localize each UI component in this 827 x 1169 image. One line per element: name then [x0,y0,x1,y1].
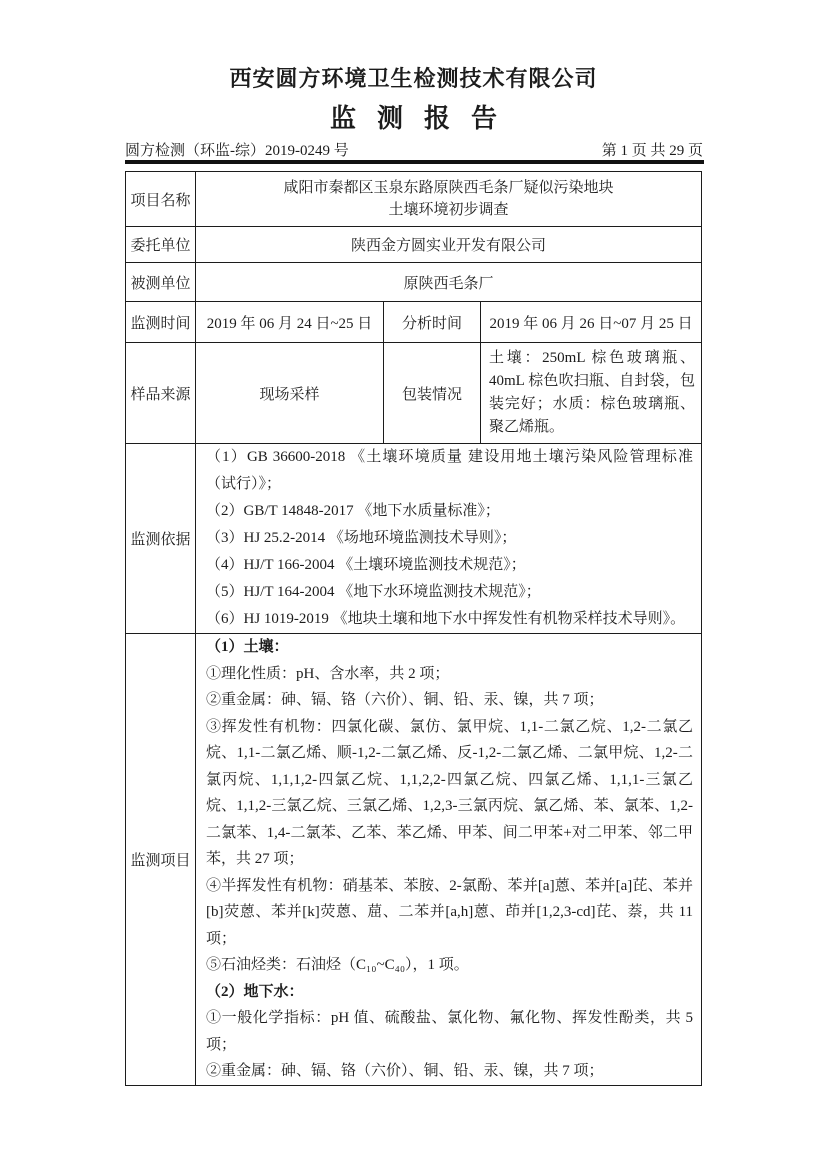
packaging-label: 包装情况 [384,343,481,444]
table-row: 监测依据 （1）GB 36600-2018 《土壤环境质量 建设用地土壤污染风险… [126,444,702,634]
report-page: 西安圆方环境卫生检测技术有限公司 监 测 报 告 圆方检测（环监-综）2019-… [0,0,827,1169]
text-line: ①理化性质：pH、含水率，共 2 项； [206,661,693,688]
monitor-time-label: 监测时间 [126,302,196,343]
client-value: 陕西金方圆实业开发有限公司 [196,227,702,263]
tested-unit-label: 被测单位 [126,263,196,302]
project-name-line2: 土壤环境初步调查 [196,199,701,221]
text-line: （2）GB/T 14848-2017 《地下水质量标准》； [206,498,693,525]
text-line: （1）土壤： [206,634,693,661]
basis-label: 监测依据 [126,444,196,634]
sample-source-label: 样品来源 [126,343,196,444]
project-name-label: 项目名称 [126,172,196,227]
report-title: 监 测 报 告 [0,98,827,135]
items-content: （1）土壤：①理化性质：pH、含水率，共 2 项；②重金属：砷、镉、铬（六价）、… [196,634,702,1086]
project-name-value: 咸阳市秦都区玉泉东路原陕西毛条厂疑似污染地块 土壤环境初步调查 [196,172,702,227]
text-line: （5）HJ/T 164-2004 《地下水环境监测技术规范》； [206,579,693,606]
text-line: ②重金属：砷、镉、铬（六价）、铜、铅、汞、镍，共 7 项； [206,687,693,714]
items-label: 监测项目 [126,634,196,1086]
text-line: ③挥发性有机物：四氯化碳、氯仿、氯甲烷、1,1-二氯乙烷、1,2-二氯乙烷、1,… [206,714,693,873]
table-row: 被测单位 原陕西毛条厂 [126,263,702,302]
analysis-time-label: 分析时间 [384,302,481,343]
header-meta-row: 圆方检测（环监-综）2019-0249 号 第 1 页 共 29 页 [125,139,703,160]
sample-source-value: 现场采样 [196,343,384,444]
table-row: 委托单位 陕西金方圆实业开发有限公司 [126,227,702,263]
page-indicator: 第 1 页 共 29 页 [602,139,703,160]
basis-content: （1）GB 36600-2018 《土壤环境质量 建设用地土壤污染风险管理标准（… [196,444,702,634]
doc-number: 圆方检测（环监-综）2019-0249 号 [125,139,349,160]
packaging-value: 土壤：250mL 棕色玻璃瓶、40mL 棕色吹扫瓶、自封袋，包装完好；水质：棕色… [481,343,702,444]
basis-list: （1）GB 36600-2018 《土壤环境质量 建设用地土壤污染风险管理标准（… [196,444,701,633]
analysis-time-value: 2019 年 06 月 26 日~07 月 25 日 [481,302,702,343]
table-row: 样品来源 现场采样 包装情况 土壤：250mL 棕色玻璃瓶、40mL 棕色吹扫瓶… [126,343,702,444]
monitor-time-value: 2019 年 06 月 24 日~25 日 [196,302,384,343]
tested-unit-value: 原陕西毛条厂 [196,263,702,302]
text-line: （6）HJ 1019-2019 《地块土壤和地下水中挥发性有机物采样技术导则》。 [206,606,693,633]
text-line: （1）GB 36600-2018 《土壤环境质量 建设用地土壤污染风险管理标准（… [206,444,693,498]
table-row: 项目名称 咸阳市秦都区玉泉东路原陕西毛条厂疑似污染地块 土壤环境初步调查 [126,172,702,227]
table-row: 监测时间 2019 年 06 月 24 日~25 日 分析时间 2019 年 0… [126,302,702,343]
text-line: ⑤石油烃类：石油烃（C₁₀~C₄₀），1 项。 [206,952,693,979]
text-line: （2）地下水： [206,979,693,1006]
company-name: 西安圆方环境卫生检测技术有限公司 [0,62,827,93]
table-row: 监测项目 （1）土壤：①理化性质：pH、含水率，共 2 项；②重金属：砷、镉、铬… [126,634,702,1086]
packaging-text: 土壤：250mL 棕色玻璃瓶、40mL 棕色吹扫瓶、自封袋，包装完好；水质：棕色… [481,343,701,443]
text-line: ②重金属：砷、镉、铬（六价）、铜、铅、汞、镍，共 7 项； [206,1058,693,1085]
text-line: （4）HJ/T 166-2004 《土壤环境监测技术规范》； [206,552,693,579]
report-info-table: 项目名称 咸阳市秦都区玉泉东路原陕西毛条厂疑似污染地块 土壤环境初步调查 委托单… [125,171,702,1086]
project-name-line1: 咸阳市秦都区玉泉东路原陕西毛条厂疑似污染地块 [196,177,701,199]
client-label: 委托单位 [126,227,196,263]
header-rule [125,160,704,164]
text-line: ①一般化学指标：pH 值、硫酸盐、氯化物、氟化物、挥发性酚类，共 5 项； [206,1005,693,1058]
items-list: （1）土壤：①理化性质：pH、含水率，共 2 项；②重金属：砷、镉、铬（六价）、… [196,634,701,1085]
text-line: ④半挥发性有机物：硝基苯、苯胺、2-氯酚、苯并[a]蒽、苯并[a]芘、苯并[b]… [206,873,693,953]
text-line: （3）HJ 25.2-2014 《场地环境监测技术导则》； [206,525,693,552]
